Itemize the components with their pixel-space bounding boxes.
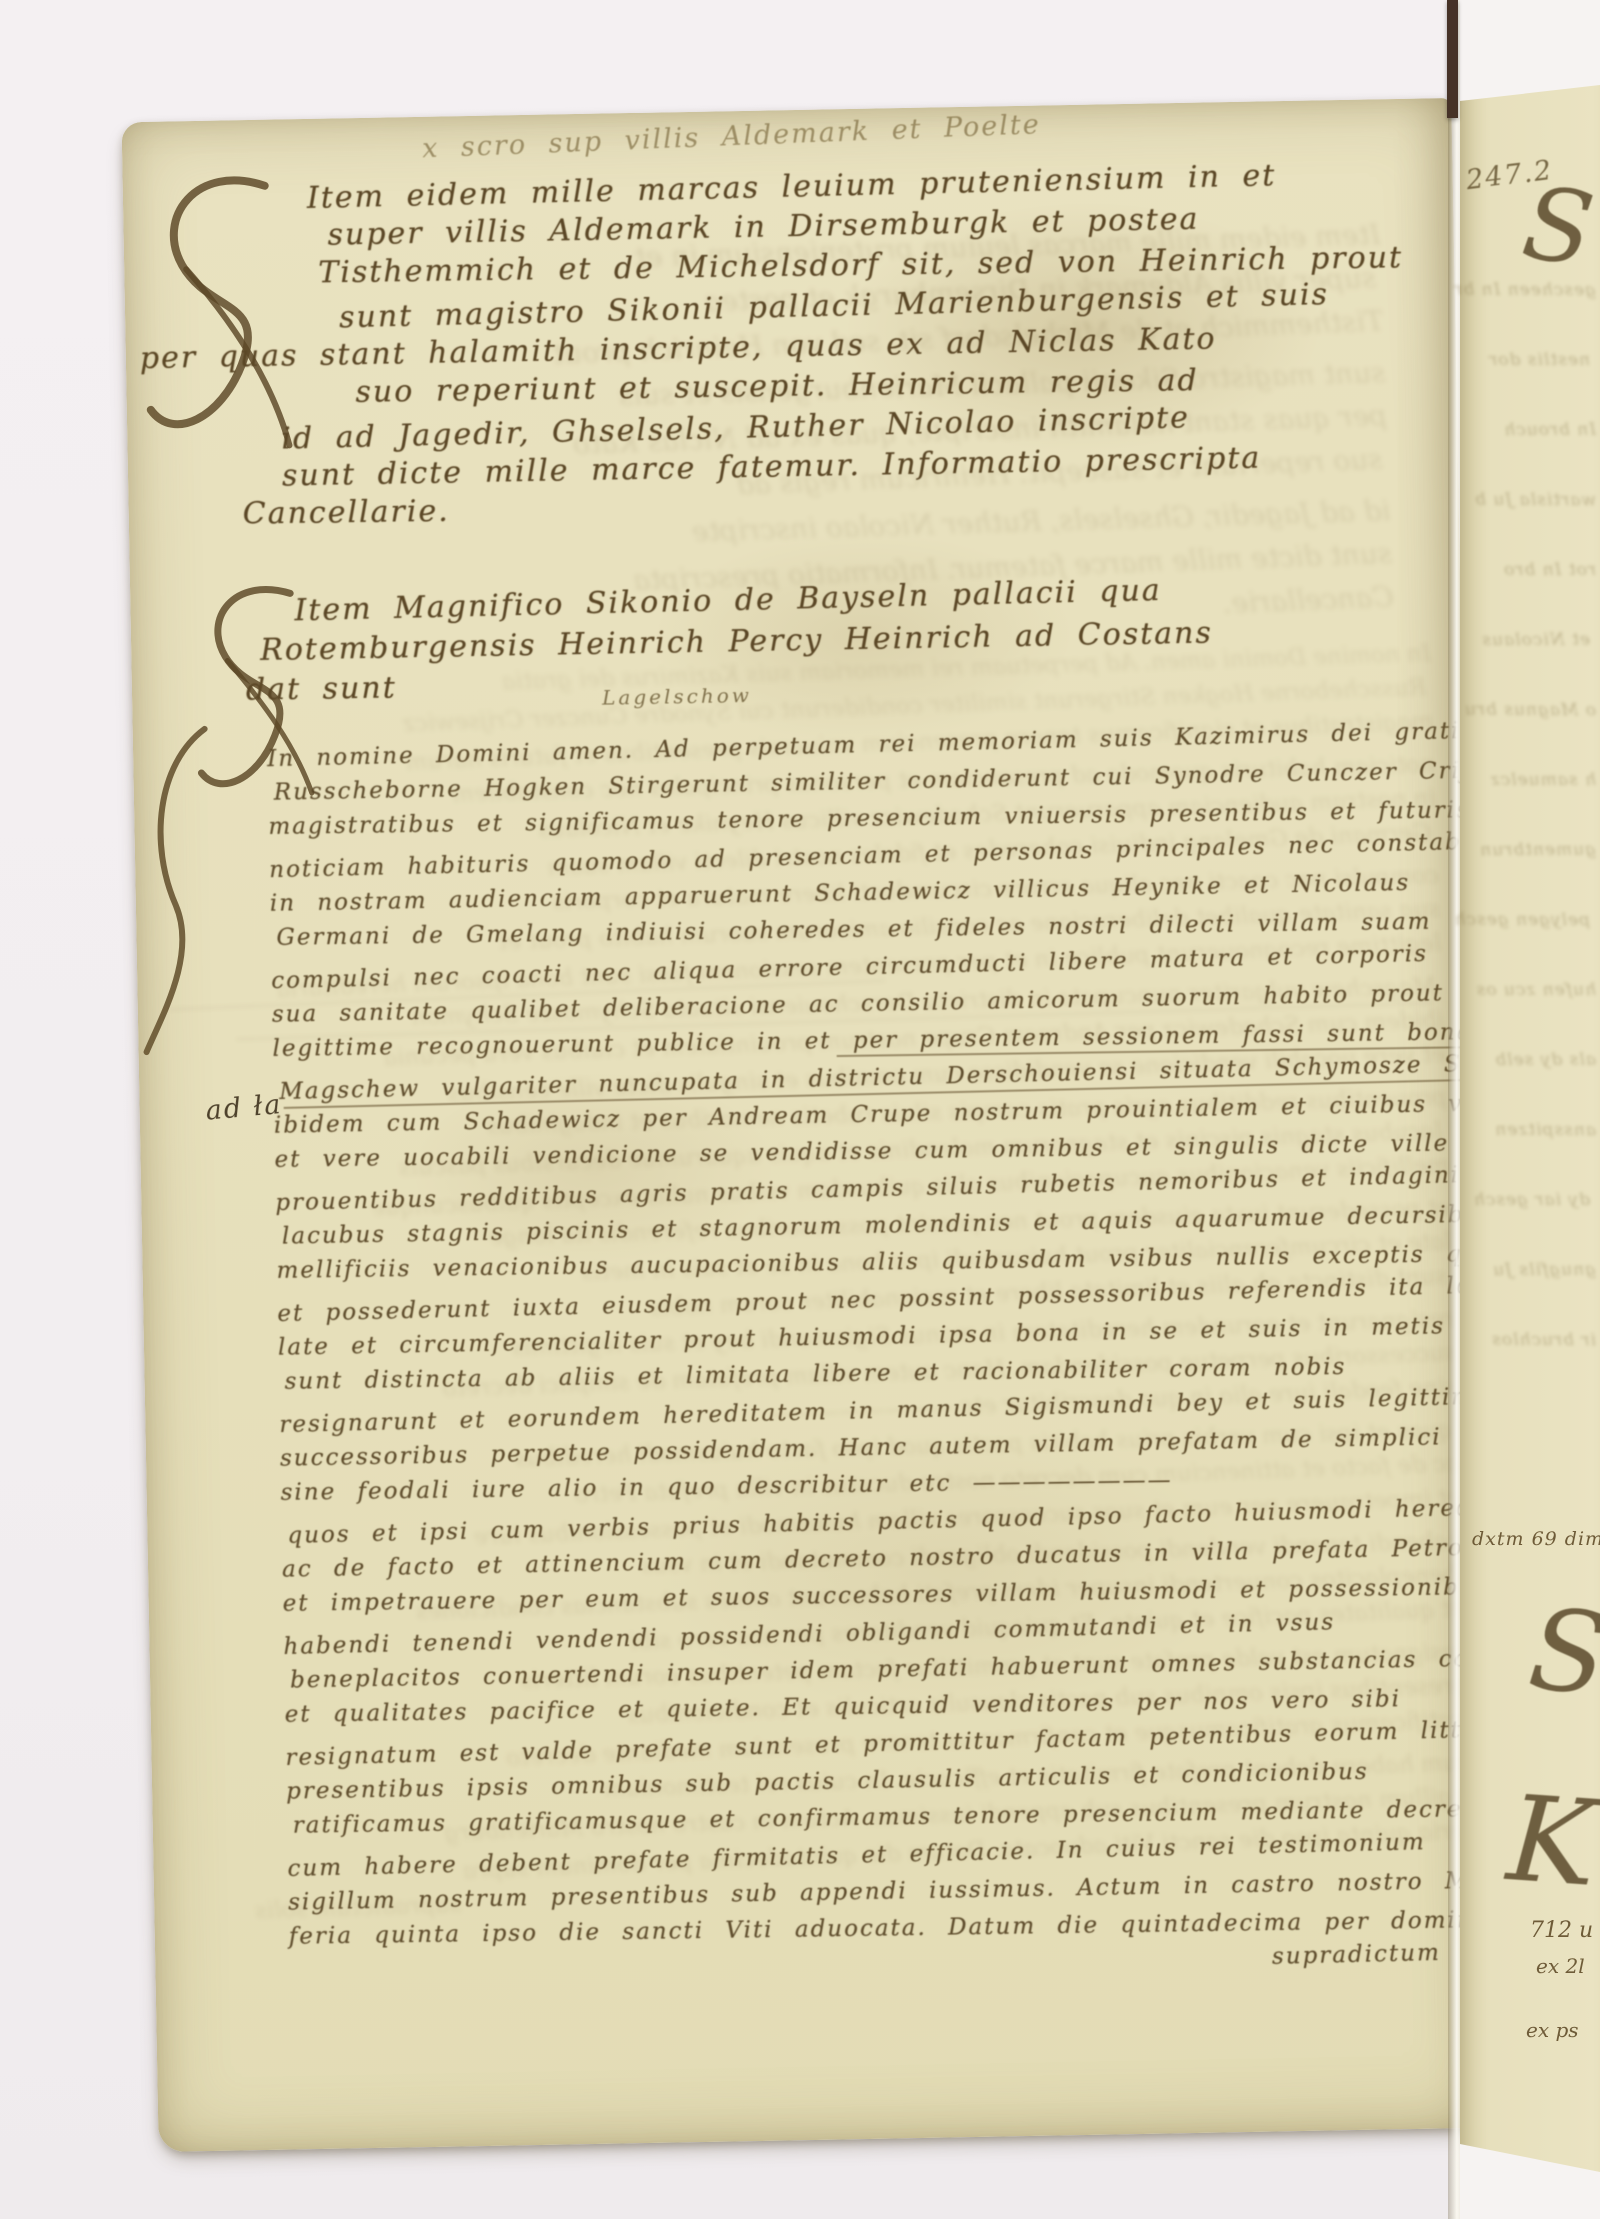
manuscript-line: et Nicolaus	[1466, 605, 1590, 676]
manuscript-line: nestlis dor	[1466, 325, 1590, 395]
page-header-annotation: x scro sup villis Aldemark et Poelte	[422, 98, 1422, 164]
manuscript-line: pelygen gesch	[1466, 885, 1590, 956]
manuscript-line: wartisla Ju b	[1466, 465, 1596, 536]
facing-flourish-mid-icon: S	[1523, 1584, 1600, 1721]
section-heading: Lagelschow	[602, 683, 752, 710]
facing-margin-note-2: ex 2l	[1536, 1954, 1585, 1978]
facing-page-strip: 247.2 S gescheen In brnestlis dorIn brou…	[1460, 0, 1600, 2219]
manuscript-line: o Magnus bru	[1466, 675, 1596, 746]
facing-margin-note-1: 712 u	[1530, 1918, 1593, 1943]
paragraph-one: Item eidem mille marcas leuium prutenien…	[137, 155, 1443, 539]
manuscript-line: ir bruchlos	[1466, 1305, 1596, 1376]
facing-margin-note-dxt: dxtm 69 dimin	[1472, 1528, 1600, 1550]
manuscript-line: ansspitzen	[1466, 1095, 1596, 1166]
initial-flourish-icon	[135, 720, 236, 1062]
manuscript-line: In brouch	[1466, 395, 1596, 466]
manuscript-line: h samuelcz	[1466, 745, 1596, 815]
manuscript-line: gumentbrun	[1466, 815, 1596, 886]
spine-binding	[1447, 0, 1458, 118]
main-text-block: In nomine Domini amen. Ad perpetuam rei …	[267, 714, 1489, 1996]
manuscript-line: gnugfils Ju	[1466, 1235, 1596, 1306]
paragraph-two: Item Magnifico Sikonio de Bayseln pallac…	[204, 566, 1456, 715]
facing-bleed-lines: gescheen In brnestlis dorIn brouchwartis…	[1466, 255, 1596, 1375]
manuscript-line: gescheen In br	[1466, 255, 1596, 326]
manuscript-page: x scro sup villis Aldemark et Poelte Ite…	[122, 98, 1489, 2152]
facing-margin-note-3: ex ps	[1526, 2018, 1579, 2042]
manuscript-line: hufen zcu os	[1466, 955, 1596, 1025]
manuscript-line: rot In bro	[1466, 535, 1596, 605]
scanner-background: x scro sup villis Aldemark et Poelte Ite…	[0, 0, 1600, 2219]
margin-note: ad ła	[204, 1089, 283, 1127]
facing-flourish-k-icon: K	[1503, 1769, 1600, 1913]
manuscript-line: dy iar gesch	[1466, 1165, 1590, 1235]
manuscript-line: als dy selb	[1466, 1025, 1596, 1096]
